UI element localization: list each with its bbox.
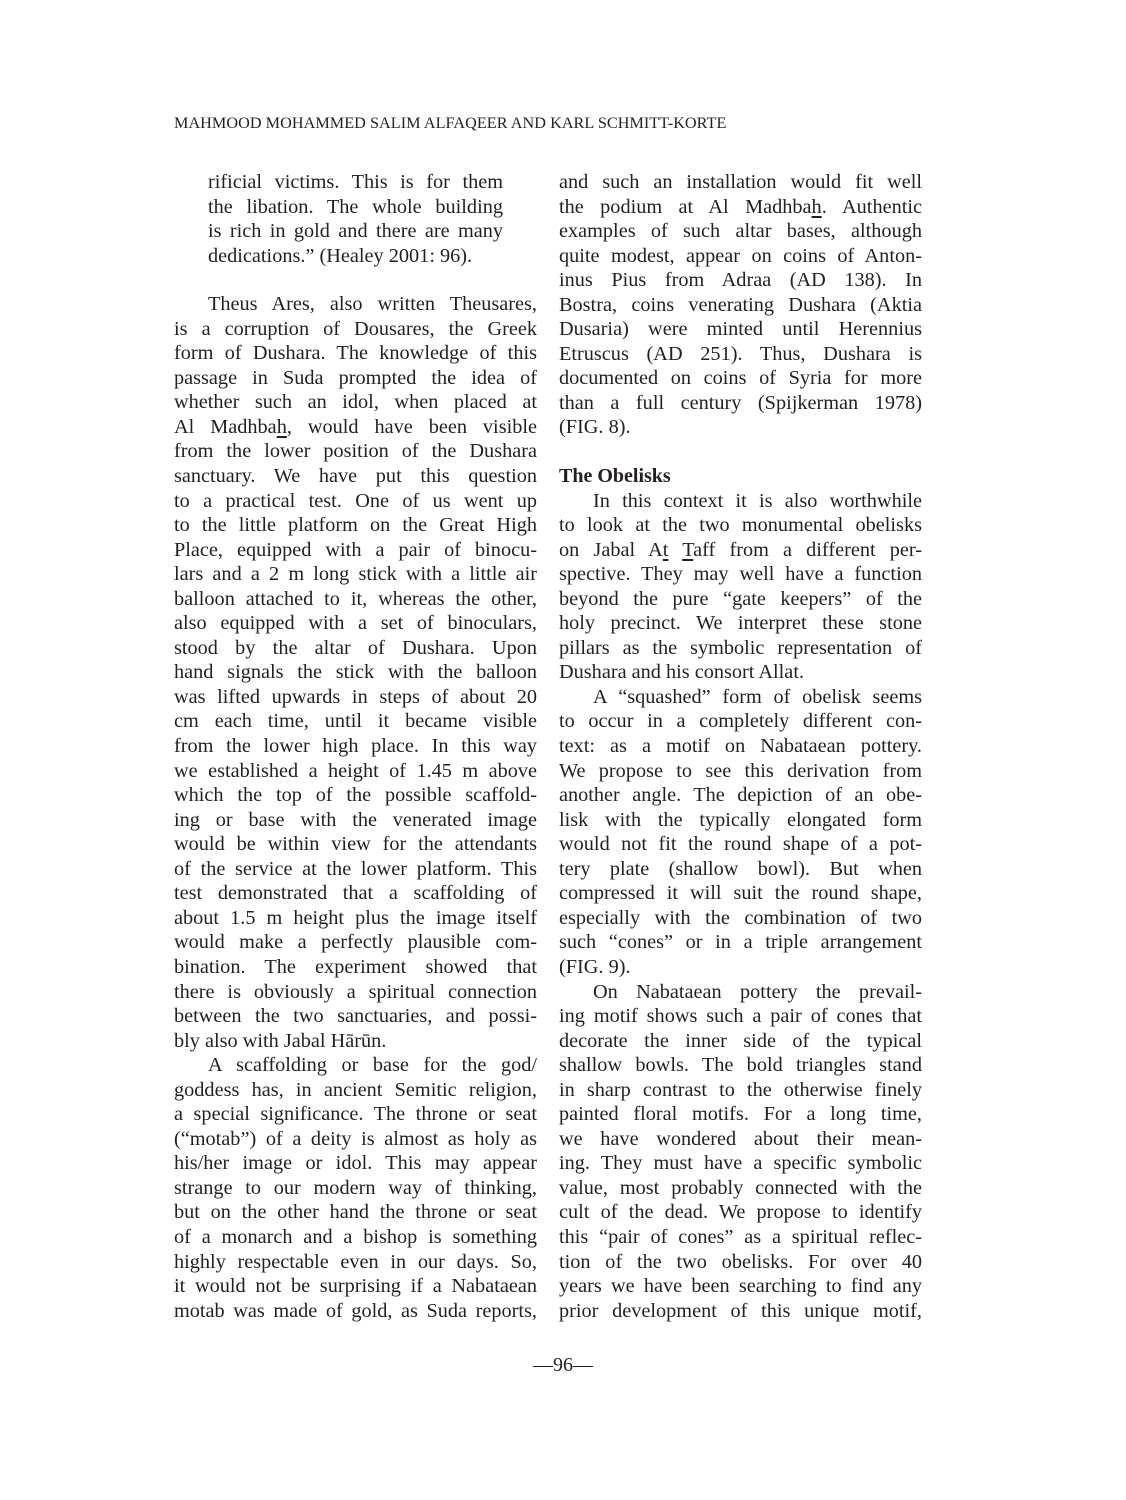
text-line: years we have been searching to find any [559,1274,922,1299]
text-line: of the service at the lower platform. Th… [174,857,537,882]
text-line: on Jabal At Taff from a different per- [559,538,922,563]
page-number: —96— [0,1354,1126,1377]
text-line: of a monarch and a bishop is something [174,1225,537,1250]
text-line: In this context it is also worthwhile [559,489,922,514]
paragraph: A scaffolding or base for the god/ godde… [174,1053,537,1323]
text-line: Al Madhbah, would have been visible [174,415,537,440]
paragraph: and such an installation would fit well … [559,170,922,440]
running-head: MAHMOOD MOHAMMED SALIM ALFAQEER AND KARL… [174,114,726,133]
right-column: and such an installation would fit well … [559,170,922,1323]
text-line: (FIG. 9). [559,955,922,980]
text-line: decorate the inner side of the typical [559,1029,922,1054]
text-line: examples of such altar bases, although [559,219,922,244]
text-line: painted floral motifs. For a long time, [559,1102,922,1127]
text-line: (FIG. 8). [559,415,922,440]
text-line: to look at the two monumental obelisks [559,513,922,538]
text-line: quite modest, appear on coins of Anton- [559,244,922,269]
text-line: which the top of the possible scaffold- [174,783,537,808]
text-line: Dushara and his consort Allat. [559,660,922,685]
paragraph: On Nabataean pottery the prevail- ing mo… [559,980,922,1324]
text-line: pillars as the symbolic representation o… [559,636,922,661]
text-line: balloon attached to it, whereas the othe… [174,587,537,612]
text-line: ing. They must have a specific symbolic [559,1151,922,1176]
text-line: text: as a motif on Nabataean pottery. [559,734,922,759]
underlined-h: h [277,416,287,438]
text-line: the podium at Al Madhbah. Authentic [559,195,922,220]
text-line: rificial victims. This is for them [208,170,503,195]
text-line: was lifted upwards in steps of about 20 [174,685,537,710]
text-line: A scaffolding or base for the god/ [174,1053,537,1078]
text-line: would not fit the round shape of a pot- [559,832,922,857]
text-line: to a practical test. One of us went up [174,489,537,514]
text-line: form of Dushara. The knowledge of this [174,341,537,366]
text-line: dedications.” (Healey 2001: 96). [208,244,503,269]
text-line: stood by the altar of Dushara. Upon [174,636,537,661]
text-line: holy precinct. We interpret these stone [559,611,922,636]
text-line: from the lower position of the Dushara [174,439,537,464]
text-line: beyond the pure “gate keepers” of the [559,587,922,612]
text-line: hand signals the stick with the balloon [174,660,537,685]
text-line: passage in Suda prompted the idea of [174,366,537,391]
underlined-h: h [812,196,822,218]
text-line: but on the other hand the throne or seat [174,1200,537,1225]
text-line: there is obviously a spiritual connectio… [174,980,537,1005]
text-line: Theus Ares, also written Theusares, [174,292,537,317]
text-line: On Nabataean pottery the prevail- [559,980,922,1005]
left-column: rificial victims. This is for them the l… [174,170,537,1323]
text-line: we have wondered about their mean- [559,1127,922,1152]
text-line: ing motif shows such a pair of cones tha… [559,1004,922,1029]
text-line: (“motab”) of a deity is almost as holy a… [174,1127,537,1152]
text-line: tion of the two obelisks. For over 40 [559,1250,922,1275]
paragraph: In this context it is also worthwhile to… [559,489,922,685]
text-line: his/her image or idol. This may appear [174,1151,537,1176]
text-line: to the little platform on the Great High [174,513,537,538]
block-quote: rificial victims. This is for them the l… [174,170,503,268]
text-line: from the lower high place. In this way [174,734,537,759]
text-line: We propose to see this derivation from [559,759,922,784]
text-line: prior development of this unique motif, [559,1299,922,1324]
text-line: ing or base with the venerated image [174,808,537,833]
text-line: documented on coins of Syria for more [559,366,922,391]
text-line: between the two sanctuaries, and possi- [174,1004,537,1029]
text-line: Place, equipped with a pair of binocu- [174,538,537,563]
text-line: bination. The experiment showed that [174,955,537,980]
section-heading: The Obelisks [559,464,922,489]
text-line: is a corruption of Dousares, the Greek [174,317,537,342]
text-line: this “pair of cones” as a spiritual refl… [559,1225,922,1250]
text-line: Etruscus (AD 251). Thus, Dushara is [559,342,922,367]
text-line: Dusaria) were minted until Herennius [559,317,922,342]
text-line: to occur in a completely different con- [559,709,922,734]
text-line: goddess has, in ancient Semitic religion… [174,1078,537,1103]
text-line: whether such an idol, when placed at [174,390,537,415]
text-line: another angle. The depiction of an obe- [559,783,922,808]
text-line: is rich in gold and there are many [208,219,503,244]
text-line: in sharp contrast to the otherwise finel… [559,1078,922,1103]
text-line: a special significance. The throne or se… [174,1102,537,1127]
text-line: lisk with the typically elongated form [559,808,922,833]
text-line: about 1.5 m height plus the image itself [174,906,537,931]
text-line: would be within view for the attendants [174,832,537,857]
text-line: shallow bowls. The bold triangles stand [559,1053,922,1078]
text-line: tery plate (shallow bowl). But when [559,857,922,882]
text-line: cult of the dead. We propose to identify [559,1200,922,1225]
text-line: it would not be surprising if a Nabataea… [174,1274,537,1299]
text-line: A “squashed” form of obelisk seems [559,685,922,710]
text-line: strange to our modern way of thinking, [174,1176,537,1201]
paragraph: A “squashed” form of obelisk seems to oc… [559,685,922,980]
text-line: test demonstrated that a scaffolding of [174,881,537,906]
text-line: would make a perfectly plausible com- [174,930,537,955]
text-line: inus Pius from Adraa (AD 138). In [559,268,922,293]
text-line: and such an installation would fit well [559,170,922,195]
text-line: than a full century (Spijkerman 1978) [559,391,922,416]
text-line: bly also with Jabal Hārūn. [174,1029,537,1054]
text-line: compressed it will suit the round shape, [559,881,922,906]
text-line: lars and a 2 m long stick with a little … [174,562,537,587]
text-line: Bostra, coins venerating Dushara (Aktia [559,293,922,318]
text-line: especially with the combination of two [559,906,922,931]
text-line: cm each time, until it became visible [174,709,537,734]
text-line: highly respectable even in our days. So, [174,1250,537,1275]
text-line: spective. They may well have a function [559,562,922,587]
text-line: such “cones” or in a triple arrangement [559,930,922,955]
text-line: we established a height of 1.45 m above [174,759,537,784]
text-line: motab was made of gold, as Suda reports, [174,1299,537,1324]
paragraph: Theus Ares, also written Theusares, is a… [174,292,537,1053]
text-line: value, most probably connected with the [559,1176,922,1201]
text-line: sanctuary. We have put this question [174,464,537,489]
text-line: also equipped with a set of binoculars, [174,611,537,636]
text-line: the libation. The whole building [208,195,503,220]
